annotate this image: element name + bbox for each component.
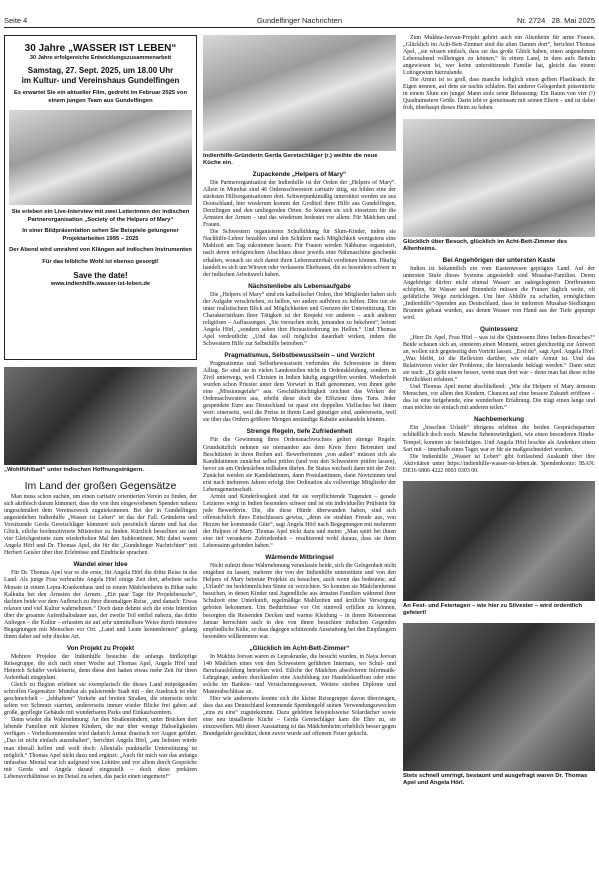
page-header: Seite 4 Gundelfinger Nachrichten Nr. 272… bbox=[4, 14, 595, 28]
subheading: Zupackende „Helpers of Mary“ bbox=[203, 171, 396, 178]
subheading: Strenge Regeln, tiefe Zufriedenheit bbox=[203, 428, 396, 435]
event-food-note: Für das leibliche Wohl ist ebenso gesorg… bbox=[9, 259, 192, 267]
paragraph: Die Schwestern organisieren Schulbildung… bbox=[203, 229, 396, 278]
subheading: Von Projekt zu Projekt bbox=[4, 645, 197, 652]
subheading: Quintessenz bbox=[403, 326, 595, 333]
paragraph: Pragmatismus und Selbstbewusstsein verbi… bbox=[203, 361, 396, 424]
retirement-home-photo bbox=[403, 119, 595, 237]
event-date: Samstag, 27. Sept. 2025, um 18.00 Uhr bbox=[9, 66, 192, 76]
paragraph: Die Armut ist so groß, dass manche ledig… bbox=[403, 77, 595, 112]
event-slides-note: In einer Bildpräsentation sehen Sie Beis… bbox=[9, 228, 192, 243]
paragraph: Die „Helpers of Mary“ sind ein katholisc… bbox=[203, 292, 396, 348]
issue-number: Nr. 2724 bbox=[517, 16, 545, 25]
paragraph: Die Partnerorganisation der Indienhilfe … bbox=[203, 180, 396, 229]
paragraph: Armut und Kinderlosigkeit sind für sie v… bbox=[203, 494, 396, 550]
paragraph: Gleich zu Beginn erlebten sie exemplaris… bbox=[4, 682, 197, 717]
new-year-celebration-photo bbox=[403, 481, 595, 601]
publication-date: 28. Mai 2025 bbox=[552, 16, 595, 25]
paragraph: Zum Mukhta-Jeevan-Projekt gehört auch ei… bbox=[403, 35, 595, 77]
event-interview-note: Sie erleben ein Live-Interview mit zwei … bbox=[9, 209, 192, 224]
article-headline: Im Land der großen Gegensätze bbox=[4, 480, 197, 492]
event-announcement-box: 30 Jahre „WASSER IST LEBEN“ 30 Jahre erf… bbox=[4, 35, 197, 360]
subheading: Wärmende Mitbringsel bbox=[203, 554, 396, 561]
event-film-note: Es erwartet Sie ein aktueller Film, gedr… bbox=[9, 90, 192, 105]
subheading: Nächstenliebe als Lebensaufgabe bbox=[203, 283, 396, 290]
paragraph: Und Thomas Apel meint abschließend: „Wie… bbox=[403, 384, 595, 412]
article-intro: Man muss schon suchen, um einen caritati… bbox=[4, 494, 197, 557]
column-middle: Indienhilfe-Gründerin Gerda Geretschläge… bbox=[203, 35, 396, 738]
paragraph: Mehrere Projekte der Indienhilfe besucht… bbox=[4, 654, 197, 682]
event-website-link[interactable]: www.indienhilfe.wasser-ist-leben.de bbox=[9, 281, 192, 287]
save-the-date: Save the date! bbox=[9, 271, 192, 280]
subheading: „Glücklich im Acht-Bett-Zimmer“ bbox=[203, 645, 396, 652]
event-music-note: Der Abend wird umrahmt von Klängen auf i… bbox=[9, 247, 192, 255]
subheading: Nachbemerkung bbox=[403, 416, 595, 423]
paragraph: Für Dr. Thomas Apel war es die erste, fü… bbox=[4, 570, 197, 640]
kitchen-photo bbox=[203, 35, 396, 151]
paragraph: Für die Gewinnung ihres Ordensnachwuchse… bbox=[203, 437, 396, 493]
visitors-with-girls-photo bbox=[403, 623, 595, 771]
photo-caption: Glücklich über Besuch, glücklich im Acht… bbox=[403, 239, 595, 253]
column-right: Zum Mukhta-Jeevan-Projekt gehört auch ei… bbox=[403, 35, 595, 787]
paragraph: Ein „bisschen Urlaub“ übrigens erlebten … bbox=[403, 425, 595, 453]
children-group-photo bbox=[9, 110, 192, 205]
wellness-bath-photo bbox=[4, 367, 197, 465]
column-left: 30 Jahre „WASSER IST LEBEN“ 30 Jahre erf… bbox=[4, 35, 197, 781]
photo-caption: Indienhilfe-Gründerin Gerda Geretschläge… bbox=[203, 153, 396, 167]
photo-caption: „Wohlfühlbad“ unter indischen Hoffnungst… bbox=[4, 467, 197, 474]
subheading: Bei Angehörigen der untersten Kaste bbox=[403, 257, 595, 264]
issue-date: Nr. 2724 28. Mai 2025 bbox=[517, 16, 595, 25]
paragraph: Indien ist bekanntlich ein vom Kastenwes… bbox=[403, 266, 595, 322]
subheading: Wandel einer Idee bbox=[4, 561, 197, 568]
event-title: 30 Jahre „WASSER IST LEBEN“ bbox=[9, 43, 192, 54]
photo-caption: Stets schnell umringt, bestaunt und ausg… bbox=[403, 773, 595, 787]
paragraph: Die Indienhilfe „Wasser ist Leben“ gibt … bbox=[403, 454, 595, 475]
photo-caption: An Fest- und Feiertagen – wie hier zu Si… bbox=[403, 603, 595, 617]
event-location: im Kultur- und Vereinshaus Gundelfingen bbox=[9, 76, 192, 86]
subheading: Pragmatismus, Selbstbewusstsein – und Ve… bbox=[203, 352, 396, 359]
paragraph: Dann wieder die Wahrnehmung: An den Stra… bbox=[4, 717, 197, 780]
paragraph: Nicht zuletzt diese Wahrnehmung veranlas… bbox=[203, 563, 396, 641]
newspaper-name: Gundelfinger Nachrichten bbox=[4, 16, 595, 25]
paragraph: In Mukhta Jeevan waren es Leprakranke, d… bbox=[203, 654, 396, 696]
event-subtitle: 30 Jahre erfolgereiche Entwicklungszusam… bbox=[9, 55, 192, 61]
paragraph: Hier wie andernorts konnte sich die klei… bbox=[203, 696, 396, 738]
paragraph: „Herr Dr. Apel, Frau Hörl – was ist die … bbox=[403, 335, 595, 384]
